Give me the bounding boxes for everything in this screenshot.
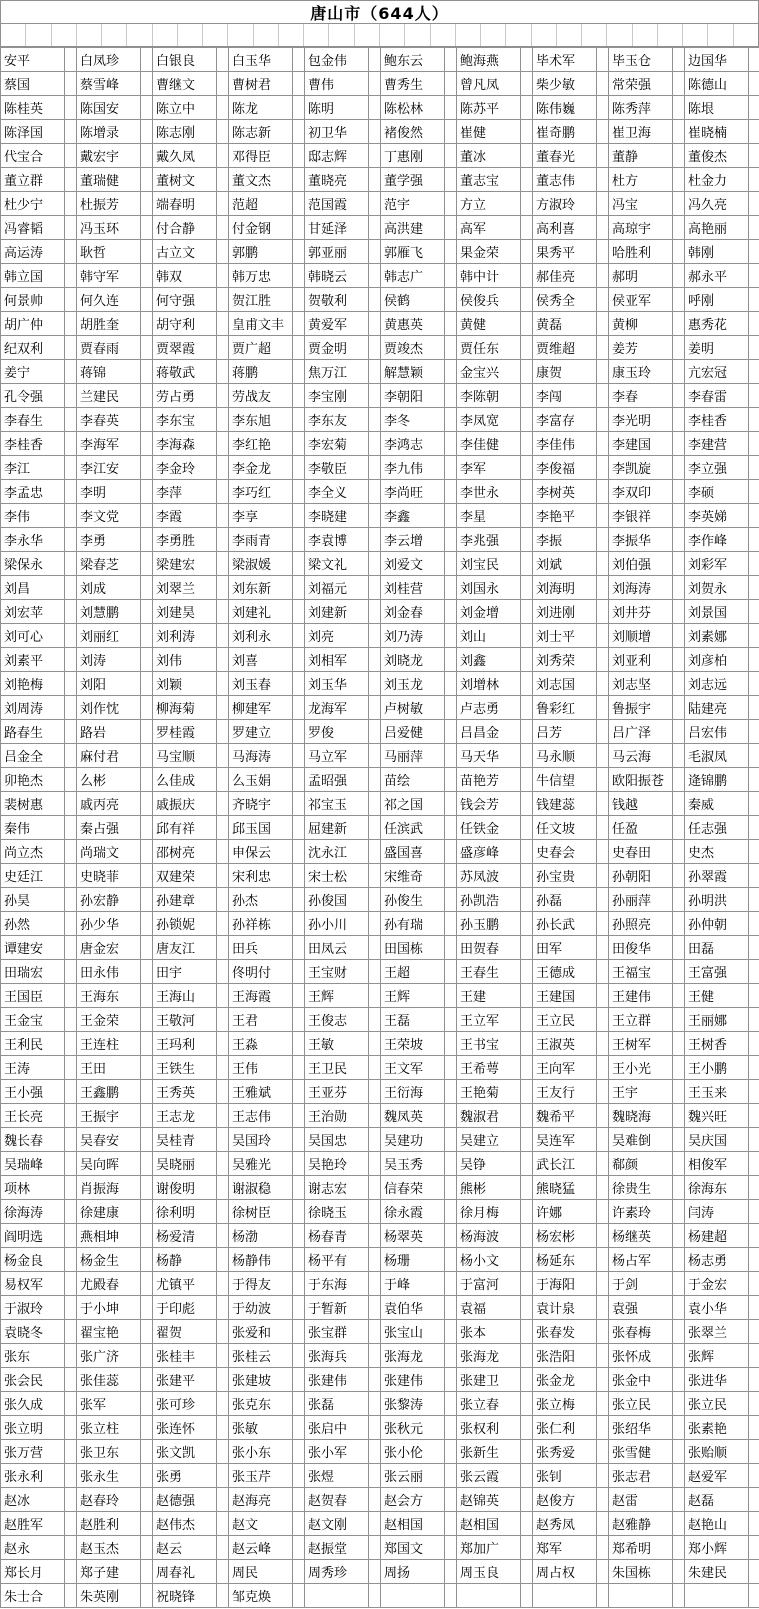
- name-cell[interactable]: 宋利忠: [229, 864, 293, 888]
- name-cell[interactable]: 董立群: [1, 168, 65, 192]
- name-cell[interactable]: 吕芳: [533, 720, 597, 744]
- name-cell[interactable]: 胡胜奎: [77, 312, 141, 336]
- name-cell[interactable]: 张宝山: [381, 1320, 445, 1344]
- name-cell[interactable]: 冯宝: [609, 192, 673, 216]
- name-cell[interactable]: 黄柳: [609, 312, 673, 336]
- name-cell[interactable]: 吴建立: [457, 1128, 521, 1152]
- name-cell[interactable]: 郝佳亮: [533, 264, 597, 288]
- name-cell[interactable]: 王铁生: [153, 1056, 217, 1080]
- name-cell[interactable]: 王小光: [609, 1056, 673, 1080]
- name-cell[interactable]: 朱英刚: [77, 1584, 141, 1608]
- name-cell[interactable]: 吴国玲: [229, 1128, 293, 1152]
- name-cell[interactable]: 于印彪: [153, 1296, 217, 1320]
- name-cell[interactable]: 戚丙亮: [77, 792, 141, 816]
- name-cell[interactable]: 张绍华: [609, 1416, 673, 1440]
- name-cell[interactable]: 刘秀荣: [533, 648, 597, 672]
- name-cell[interactable]: 黄爱军: [305, 312, 369, 336]
- name-cell[interactable]: 吕广泽: [609, 720, 673, 744]
- name-cell[interactable]: 包金伟: [305, 48, 369, 72]
- name-cell[interactable]: 李银祥: [609, 504, 673, 528]
- name-cell[interactable]: 赵胜利: [77, 1512, 141, 1536]
- name-cell[interactable]: 赵雷: [609, 1488, 673, 1512]
- name-cell[interactable]: 冯久亮: [685, 192, 749, 216]
- name-cell[interactable]: 张怀成: [609, 1344, 673, 1368]
- name-cell[interactable]: 王建国: [533, 984, 597, 1008]
- name-cell[interactable]: 刘玉春: [229, 672, 293, 696]
- name-cell[interactable]: 付金钢: [229, 216, 293, 240]
- name-cell[interactable]: 吴春安: [77, 1128, 141, 1152]
- name-cell[interactable]: 麻付君: [77, 744, 141, 768]
- name-cell[interactable]: 马云海: [609, 744, 673, 768]
- name-cell[interactable]: 高艳丽: [685, 216, 749, 240]
- name-cell[interactable]: 申保云: [229, 840, 293, 864]
- name-cell[interactable]: 李袁博: [305, 528, 369, 552]
- name-cell[interactable]: 崔健: [457, 120, 521, 144]
- name-cell[interactable]: 李萍: [153, 480, 217, 504]
- name-cell[interactable]: 姜明: [685, 336, 749, 360]
- name-cell[interactable]: 刘彦柏: [685, 648, 749, 672]
- name-cell[interactable]: 王建伟: [609, 984, 673, 1008]
- name-cell[interactable]: 张素艳: [685, 1416, 749, 1440]
- name-cell[interactable]: 赵雅静: [609, 1512, 673, 1536]
- name-cell[interactable]: 王金荣: [77, 1008, 141, 1032]
- name-cell[interactable]: 孙少华: [77, 912, 141, 936]
- name-cell[interactable]: 陈志刚: [153, 120, 217, 144]
- name-cell[interactable]: 刘喜: [229, 648, 293, 672]
- name-cell[interactable]: 李九伟: [381, 456, 445, 480]
- name-cell[interactable]: 苗艳芳: [457, 768, 521, 792]
- name-cell[interactable]: 马立军: [305, 744, 369, 768]
- name-cell[interactable]: 郑子建: [77, 1560, 141, 1584]
- name-cell[interactable]: 刘昌: [1, 576, 65, 600]
- name-cell[interactable]: 谢淑稳: [229, 1176, 293, 1200]
- name-cell[interactable]: 王小强: [1, 1080, 65, 1104]
- name-cell[interactable]: 李桂香: [1, 432, 65, 456]
- name-cell[interactable]: 张桂云: [229, 1344, 293, 1368]
- name-cell[interactable]: 魏晓海: [609, 1104, 673, 1128]
- name-cell[interactable]: 李红艳: [229, 432, 293, 456]
- name-cell[interactable]: 孟昭强: [305, 768, 369, 792]
- name-cell[interactable]: 贾春雨: [77, 336, 141, 360]
- name-cell[interactable]: 王振宇: [77, 1104, 141, 1128]
- name-cell[interactable]: 杨志勇: [685, 1248, 749, 1272]
- name-cell[interactable]: 赵海亮: [229, 1488, 293, 1512]
- name-cell[interactable]: 董学强: [381, 168, 445, 192]
- name-cell[interactable]: 李金玲: [153, 456, 217, 480]
- name-cell[interactable]: 范超: [229, 192, 293, 216]
- name-cell[interactable]: 解慧颖: [381, 360, 445, 384]
- name-cell[interactable]: 张云丽: [381, 1464, 445, 1488]
- name-cell[interactable]: 张浩阳: [533, 1344, 597, 1368]
- name-cell[interactable]: 毕术军: [533, 48, 597, 72]
- name-cell[interactable]: 李全义: [305, 480, 369, 504]
- name-cell[interactable]: 赵磊: [685, 1488, 749, 1512]
- name-cell[interactable]: 王卫民: [305, 1056, 369, 1080]
- name-cell[interactable]: 刘涛: [77, 648, 141, 672]
- name-cell[interactable]: 高洪建: [381, 216, 445, 240]
- name-cell[interactable]: 李春生: [1, 408, 65, 432]
- name-cell[interactable]: 刘建新: [305, 600, 369, 624]
- name-cell[interactable]: 孙朝阳: [609, 864, 673, 888]
- name-cell[interactable]: 李俊福: [533, 456, 597, 480]
- name-cell[interactable]: 呼刚: [685, 288, 749, 312]
- name-cell[interactable]: 袁小华: [685, 1296, 749, 1320]
- name-cell[interactable]: 李霞: [153, 504, 217, 528]
- name-cell[interactable]: 邸志辉: [305, 144, 369, 168]
- name-cell[interactable]: 张春发: [533, 1320, 597, 1344]
- name-cell[interactable]: [457, 1584, 521, 1608]
- name-cell[interactable]: 刘丽红: [77, 624, 141, 648]
- name-cell[interactable]: 王磊: [381, 1008, 445, 1032]
- name-cell[interactable]: 尤殿春: [77, 1272, 141, 1296]
- name-cell[interactable]: 罗建立: [229, 720, 293, 744]
- name-cell[interactable]: 董志伟: [533, 168, 597, 192]
- name-cell[interactable]: 蒋鹏: [229, 360, 293, 384]
- name-cell[interactable]: 王宝财: [305, 960, 369, 984]
- name-cell[interactable]: 何守强: [153, 288, 217, 312]
- name-cell[interactable]: 陈泽国: [1, 120, 65, 144]
- name-cell[interactable]: 孙玉鹏: [457, 912, 521, 936]
- name-cell[interactable]: 刘慧鹏: [77, 600, 141, 624]
- name-cell[interactable]: 张军: [77, 1392, 141, 1416]
- name-cell[interactable]: 吴雅光: [229, 1152, 293, 1176]
- name-cell[interactable]: 贺敬利: [305, 288, 369, 312]
- name-cell[interactable]: 吴建功: [381, 1128, 445, 1152]
- name-cell[interactable]: 李建营: [685, 432, 749, 456]
- name-cell[interactable]: 李金龙: [229, 456, 293, 480]
- name-cell[interactable]: 甘延泽: [305, 216, 369, 240]
- name-cell[interactable]: 齐晓宇: [229, 792, 293, 816]
- name-cell[interactable]: 姜芳: [609, 336, 673, 360]
- name-cell[interactable]: 袁伯华: [381, 1296, 445, 1320]
- name-cell[interactable]: 王志伟: [229, 1104, 293, 1128]
- name-cell[interactable]: 李富存: [533, 408, 597, 432]
- name-cell[interactable]: 么佳成: [153, 768, 217, 792]
- name-cell[interactable]: 李春英: [77, 408, 141, 432]
- name-cell[interactable]: 沈永江: [305, 840, 369, 864]
- name-cell[interactable]: 贺江胜: [229, 288, 293, 312]
- name-cell[interactable]: 刘素平: [1, 648, 65, 672]
- name-cell[interactable]: 赵文: [229, 1512, 293, 1536]
- name-cell[interactable]: 曾凡凤: [457, 72, 521, 96]
- name-cell[interactable]: 鲁彩红: [533, 696, 597, 720]
- name-cell[interactable]: 祁之国: [381, 792, 445, 816]
- name-cell[interactable]: 闫涛: [685, 1200, 749, 1224]
- name-cell[interactable]: 郝永平: [685, 264, 749, 288]
- name-cell[interactable]: 安平: [1, 48, 65, 72]
- name-cell[interactable]: 徐利明: [153, 1200, 217, 1224]
- name-cell[interactable]: 张本: [457, 1320, 521, 1344]
- name-cell[interactable]: 刘阳: [77, 672, 141, 696]
- name-cell[interactable]: 刘国永: [457, 576, 521, 600]
- name-cell[interactable]: 崔晓楠: [685, 120, 749, 144]
- name-cell[interactable]: 钱会芳: [457, 792, 521, 816]
- name-cell[interactable]: 张立春: [457, 1392, 521, 1416]
- name-cell[interactable]: 李伟: [1, 504, 65, 528]
- name-cell[interactable]: 孙宝贵: [533, 864, 597, 888]
- name-cell[interactable]: 张永利: [1, 1464, 65, 1488]
- name-cell[interactable]: 张永生: [77, 1464, 141, 1488]
- name-cell[interactable]: 王树香: [685, 1032, 749, 1056]
- name-cell[interactable]: 王海东: [77, 984, 141, 1008]
- name-cell[interactable]: 徐贵生: [609, 1176, 673, 1200]
- name-cell[interactable]: 任滨武: [381, 816, 445, 840]
- name-cell[interactable]: 田贺春: [457, 936, 521, 960]
- name-cell[interactable]: 梁淑媛: [229, 552, 293, 576]
- name-cell[interactable]: 史春会: [533, 840, 597, 864]
- name-cell[interactable]: 曹秀生: [381, 72, 445, 96]
- name-cell[interactable]: 王玉来: [685, 1080, 749, 1104]
- name-cell[interactable]: 王治勋: [305, 1104, 369, 1128]
- name-cell[interactable]: 李春雷: [685, 384, 749, 408]
- name-cell[interactable]: 张煜: [305, 1464, 369, 1488]
- name-cell[interactable]: 杜振芳: [77, 192, 141, 216]
- name-cell[interactable]: 刘金增: [457, 600, 521, 624]
- name-cell[interactable]: 赵会方: [381, 1488, 445, 1512]
- name-cell[interactable]: 陈增录: [77, 120, 141, 144]
- name-cell[interactable]: 张权利: [457, 1416, 521, 1440]
- name-cell[interactable]: 张黎涛: [381, 1392, 445, 1416]
- name-cell[interactable]: 陈伟巍: [533, 96, 597, 120]
- name-cell[interactable]: 盛国喜: [381, 840, 445, 864]
- name-cell[interactable]: 孙宏静: [77, 888, 141, 912]
- name-cell[interactable]: 张连怀: [153, 1416, 217, 1440]
- name-cell[interactable]: 秦占强: [77, 816, 141, 840]
- name-cell[interactable]: 孙凯浩: [457, 888, 521, 912]
- name-cell[interactable]: 王健: [685, 984, 749, 1008]
- name-cell[interactable]: 徐海东: [685, 1176, 749, 1200]
- name-cell[interactable]: 王连柱: [77, 1032, 141, 1056]
- name-cell[interactable]: 龙海军: [305, 696, 369, 720]
- name-cell[interactable]: 陈松林: [381, 96, 445, 120]
- name-cell[interactable]: 王超: [381, 960, 445, 984]
- name-cell[interactable]: 宋维奇: [381, 864, 445, 888]
- name-cell[interactable]: 张磊: [305, 1392, 369, 1416]
- name-cell[interactable]: 史晓菲: [77, 864, 141, 888]
- name-cell[interactable]: 杨延东: [533, 1248, 597, 1272]
- name-cell[interactable]: 张新生: [457, 1440, 521, 1464]
- name-cell[interactable]: 逄锦鹏: [685, 768, 749, 792]
- name-cell[interactable]: 侯亚军: [609, 288, 673, 312]
- name-cell[interactable]: 王艳菊: [457, 1080, 521, 1104]
- name-cell[interactable]: 翟贺: [153, 1320, 217, 1344]
- name-cell[interactable]: 赵冰: [1, 1488, 65, 1512]
- name-cell[interactable]: 张小伦: [381, 1440, 445, 1464]
- name-cell[interactable]: 哈胜利: [609, 240, 673, 264]
- name-cell[interactable]: 宋士松: [305, 864, 369, 888]
- name-cell[interactable]: 秦伟: [1, 816, 65, 840]
- name-cell[interactable]: 袁强: [609, 1296, 673, 1320]
- name-cell[interactable]: 张久成: [1, 1392, 65, 1416]
- name-cell[interactable]: 杨爱清: [153, 1224, 217, 1248]
- name-cell[interactable]: 陈明: [305, 96, 369, 120]
- name-cell[interactable]: 刘亮: [305, 624, 369, 648]
- name-cell[interactable]: 胡广仲: [1, 312, 65, 336]
- name-cell[interactable]: 易权军: [1, 1272, 65, 1296]
- name-cell[interactable]: 刘晓龙: [381, 648, 445, 672]
- name-cell[interactable]: 刘东新: [229, 576, 293, 600]
- name-cell[interactable]: 史春田: [609, 840, 673, 864]
- name-cell[interactable]: 马宝顺: [153, 744, 217, 768]
- name-cell[interactable]: 高运涛: [1, 240, 65, 264]
- name-cell[interactable]: 杨静伟: [229, 1248, 293, 1272]
- name-cell[interactable]: 张广济: [77, 1344, 141, 1368]
- name-cell[interactable]: 张春梅: [609, 1320, 673, 1344]
- name-cell[interactable]: 李明: [77, 480, 141, 504]
- name-cell[interactable]: 杨金良: [1, 1248, 65, 1272]
- name-cell[interactable]: 张钊: [533, 1464, 597, 1488]
- name-cell[interactable]: 张克东: [229, 1392, 293, 1416]
- name-cell[interactable]: 赵爱军: [685, 1464, 749, 1488]
- name-cell[interactable]: 梁文礼: [305, 552, 369, 576]
- name-cell[interactable]: 魏淑君: [457, 1104, 521, 1128]
- name-cell[interactable]: 郑加广: [457, 1536, 521, 1560]
- name-cell[interactable]: 许娜: [533, 1200, 597, 1224]
- name-cell[interactable]: 张贻顺: [685, 1440, 749, 1464]
- name-cell[interactable]: 金宝兴: [457, 360, 521, 384]
- name-cell[interactable]: 亢宏冠: [685, 360, 749, 384]
- name-cell[interactable]: 孙杰: [229, 888, 293, 912]
- name-cell[interactable]: 孙昊: [1, 888, 65, 912]
- name-cell[interactable]: 刘爱文: [381, 552, 445, 576]
- name-cell[interactable]: 张卫东: [77, 1440, 141, 1464]
- name-cell[interactable]: 李巧红: [229, 480, 293, 504]
- name-cell[interactable]: 孙丽萍: [609, 888, 673, 912]
- name-cell[interactable]: 董静: [609, 144, 673, 168]
- name-cell[interactable]: 卢树敏: [381, 696, 445, 720]
- name-cell[interactable]: 陈德山: [685, 72, 749, 96]
- name-cell[interactable]: 张万营: [1, 1440, 65, 1464]
- name-cell[interactable]: 信春荣: [381, 1176, 445, 1200]
- name-cell[interactable]: 董晓亮: [305, 168, 369, 192]
- name-cell[interactable]: 刘志坚: [609, 672, 673, 696]
- name-cell[interactable]: 黄惠英: [381, 312, 445, 336]
- name-cell[interactable]: 郗颜: [609, 1152, 673, 1176]
- name-cell[interactable]: 韩刚: [685, 240, 749, 264]
- name-cell[interactable]: 王向军: [533, 1056, 597, 1080]
- name-cell[interactable]: 胡守利: [153, 312, 217, 336]
- name-cell[interactable]: 孙长武: [533, 912, 597, 936]
- name-cell[interactable]: 唐金宏: [77, 936, 141, 960]
- name-cell[interactable]: 刘进刚: [533, 600, 597, 624]
- name-cell[interactable]: 于富河: [457, 1272, 521, 1296]
- name-cell[interactable]: 王立民: [533, 1008, 597, 1032]
- name-cell[interactable]: 王文军: [381, 1056, 445, 1080]
- name-cell[interactable]: 孙明洪: [685, 888, 749, 912]
- name-cell[interactable]: 李海军: [77, 432, 141, 456]
- name-cell[interactable]: 双建荣: [153, 864, 217, 888]
- name-cell[interactable]: 刘利永: [229, 624, 293, 648]
- name-cell[interactable]: 柴少敏: [533, 72, 597, 96]
- name-cell[interactable]: 古立文: [153, 240, 217, 264]
- name-cell[interactable]: 钱越: [609, 792, 673, 816]
- name-cell[interactable]: [609, 1584, 673, 1608]
- name-cell[interactable]: 张海龙: [457, 1344, 521, 1368]
- name-cell[interactable]: 吴桂青: [153, 1128, 217, 1152]
- name-cell[interactable]: 张会民: [1, 1368, 65, 1392]
- name-cell[interactable]: 曹树君: [229, 72, 293, 96]
- name-cell[interactable]: 刘玉华: [305, 672, 369, 696]
- name-cell[interactable]: 刘鑫: [457, 648, 521, 672]
- name-cell[interactable]: 冯玉环: [77, 216, 141, 240]
- name-cell[interactable]: 邓得臣: [229, 144, 293, 168]
- name-cell[interactable]: 张立民: [685, 1392, 749, 1416]
- name-cell[interactable]: 田宇: [153, 960, 217, 984]
- name-cell[interactable]: 王小鹏: [685, 1056, 749, 1080]
- name-cell[interactable]: 田俊华: [609, 936, 673, 960]
- name-cell[interactable]: 梁建宏: [153, 552, 217, 576]
- name-cell[interactable]: 刘相军: [305, 648, 369, 672]
- name-cell[interactable]: 李享: [229, 504, 293, 528]
- name-cell[interactable]: 王立群: [609, 1008, 673, 1032]
- name-cell[interactable]: 张秋元: [381, 1416, 445, 1440]
- name-cell[interactable]: 郑军: [533, 1536, 597, 1560]
- name-cell[interactable]: 张建伟: [381, 1368, 445, 1392]
- name-cell[interactable]: 吴铮: [457, 1152, 521, 1176]
- name-cell[interactable]: 李振: [533, 528, 597, 552]
- name-cell[interactable]: 董俊杰: [685, 144, 749, 168]
- name-cell[interactable]: 王海霞: [229, 984, 293, 1008]
- name-cell[interactable]: 蒋锦: [77, 360, 141, 384]
- name-cell[interactable]: 王衍海: [381, 1080, 445, 1104]
- name-cell[interactable]: 高军: [457, 216, 521, 240]
- name-cell[interactable]: 王君: [229, 1008, 293, 1032]
- name-cell[interactable]: 刘利涛: [153, 624, 217, 648]
- name-cell[interactable]: 刘顺增: [609, 624, 673, 648]
- name-cell[interactable]: 梁春芝: [77, 552, 141, 576]
- name-cell[interactable]: 武长江: [533, 1152, 597, 1176]
- name-cell[interactable]: 李云增: [381, 528, 445, 552]
- name-cell[interactable]: 刘彩军: [685, 552, 749, 576]
- name-cell[interactable]: 徐海涛: [1, 1200, 65, 1224]
- name-cell[interactable]: 焦万江: [305, 360, 369, 384]
- name-cell[interactable]: 李东宝: [153, 408, 217, 432]
- name-cell[interactable]: 王宇: [609, 1080, 673, 1104]
- name-cell[interactable]: 韩志广: [381, 264, 445, 288]
- name-cell[interactable]: 于东海: [305, 1272, 369, 1296]
- name-cell[interactable]: 张桂丰: [153, 1344, 217, 1368]
- name-cell[interactable]: 李江安: [77, 456, 141, 480]
- name-cell[interactable]: 苏凤波: [457, 864, 521, 888]
- name-cell[interactable]: 张进华: [685, 1368, 749, 1392]
- name-cell[interactable]: 郭亚丽: [305, 240, 369, 264]
- name-cell[interactable]: 孙俊生: [381, 888, 445, 912]
- name-cell[interactable]: 李江: [1, 456, 65, 480]
- name-cell[interactable]: 熊彬: [457, 1176, 521, 1200]
- name-cell[interactable]: 田兵: [229, 936, 293, 960]
- name-cell[interactable]: 佟明付: [229, 960, 293, 984]
- name-cell[interactable]: 王俊志: [305, 1008, 369, 1032]
- name-cell[interactable]: 方淑玲: [533, 192, 597, 216]
- name-cell[interactable]: 赵秀凤: [533, 1512, 597, 1536]
- name-cell[interactable]: 兰建民: [77, 384, 141, 408]
- name-cell[interactable]: 侯秀全: [533, 288, 597, 312]
- name-cell[interactable]: 李勇: [77, 528, 141, 552]
- name-cell[interactable]: 刘乃涛: [381, 624, 445, 648]
- name-cell[interactable]: 陈立中: [153, 96, 217, 120]
- name-cell[interactable]: 李振华: [609, 528, 673, 552]
- name-cell[interactable]: 李硕: [685, 480, 749, 504]
- name-cell[interactable]: 吕爱健: [381, 720, 445, 744]
- name-cell[interactable]: 韩晓云: [305, 264, 369, 288]
- name-cell[interactable]: 韩双: [153, 264, 217, 288]
- name-cell[interactable]: 刘颖: [153, 672, 217, 696]
- name-cell[interactable]: 张文凯: [153, 1440, 217, 1464]
- name-cell[interactable]: 李东友: [305, 408, 369, 432]
- name-cell[interactable]: 杨渤: [229, 1224, 293, 1248]
- name-cell[interactable]: 陈志新: [229, 120, 293, 144]
- name-cell[interactable]: 郑希明: [609, 1536, 673, 1560]
